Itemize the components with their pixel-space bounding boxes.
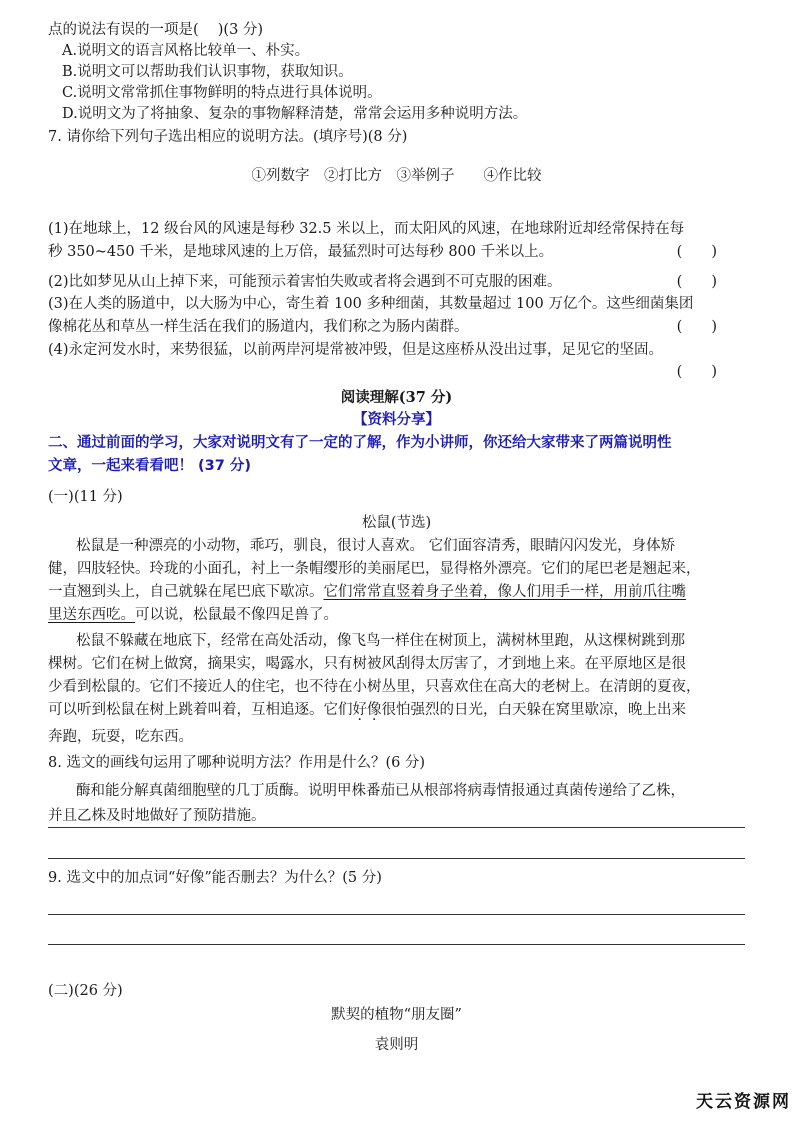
passage1-section: (一)(11 分) — [48, 487, 123, 507]
q9-answer-line-1[interactable] — [48, 914, 745, 915]
dotted-char-hao: 好 — [353, 702, 368, 718]
q8-stray-text-line1: 酶和能分解真菌细胞壁的几丁质酶。说明甲株番茄已从根部将病毒情报通过真菌传递给了乙… — [76, 781, 685, 801]
reading-intro-line2: 文章，一起来看看吧！ (37 分) — [48, 456, 251, 476]
q7-item-2-text: (2)比如梦见从山上掉下来，可能预示着害怕失败或者将会遇到不可克服的困难。 — [48, 274, 562, 290]
passage1-p2-line4-pre: 可以听到松鼠在树上跳着叫着，互相追逐。它们 — [48, 702, 353, 718]
passage1-p2-line4-post: 很怕强烈的日光，白天躲在窝里歇凉，晚上出来 — [382, 702, 687, 718]
share-tag: 【资料分享】 — [48, 410, 745, 430]
passage1-p2-line1: 松鼠不躲藏在地底下，经常在高处活动，像飞鸟一样住在树顶上，满树林里跑，从这棵树跳… — [76, 631, 685, 651]
q7-item-1-line1: (1)在地球上，12 级台风的风速是每秒 32.5 米以上，而太阳风的风速，在地… — [48, 219, 745, 239]
passage1-p2-line4: 可以听到松鼠在树上跳着叫着，互相追逐。它们好像很怕强烈的日光，白天躲在窝里歇凉，… — [48, 700, 686, 720]
q9-answer-line-2[interactable] — [48, 944, 745, 945]
q7-item-3-text: 像棉花丛和草丛一样生活在我们的肠道内，我们称之为肠内菌群。 — [48, 319, 469, 335]
passage1-p1-line4-text: 可以说，松鼠最不像四足兽了。 — [135, 607, 338, 623]
q6-option-a: A.说明文的语言风格比较单一、朴实。 — [62, 41, 309, 61]
passage1-p1-line1: 松鼠是一种漂亮的小动物，乖巧，驯良，很讨人喜欢。 它们面容清秀，眼睛闪闪发光，身… — [76, 536, 675, 556]
q7-item-3-line1: (3)在人类的肠道中，以大肠为中心，寄生着 100 多种细菌，其数量超过 100… — [48, 294, 693, 314]
q8-stem: 8. 选文的画线句运用了哪种说明方法？作用是什么？(6 分) — [48, 753, 425, 773]
passage1-p1-line4: 里送东西吃。可以说，松鼠最不像四足兽了。 — [48, 605, 338, 625]
passage1-p1-line3-text: 一直翘到头上，自己就躲在尾巴底下歇凉。 — [48, 584, 324, 600]
reading-intro-line1: 二、通过前面的学习，大家对说明文有了一定的了解，作为小讲师，你还给大家带来了两篇… — [48, 433, 672, 453]
passage1-p1-line2: 健，四肢轻快。玲珑的小面孔，衬上一条帽缨形的美丽尾巴，显得格外漂亮。它们的尾巴老… — [48, 559, 701, 579]
passage1-p1-line3: 一直翘到头上，自己就躲在尾巴底下歇凉。它们常常直竖着身子坐着，像人们用手一样，用… — [48, 582, 686, 602]
passage1-p2-line2: 棵树。它们在树上做窝，摘果实，喝露水，只有树被风刮得太厉害了，才到地上来。在平原… — [48, 654, 686, 674]
q7-item-4-answer-blank[interactable]: ( ) — [677, 362, 717, 382]
q7-item-4-line1: (4)永定河发水时，来势很猛，以前两岸河堤常被冲毁，但是这座桥从没出过事，足见它… — [48, 340, 663, 360]
q8-stray-text-line2: 并且乙株及时地做好了预防措施。 — [48, 806, 266, 826]
watermark-logo: 天云资源网 — [696, 1087, 791, 1112]
q7-choices: ①列数字 ②打比方 ③举例子 ④作比较 — [48, 166, 745, 186]
q7-stem: 7. 请你给下列句子选出相应的说明方法。(填序号)(8 分) — [48, 127, 407, 147]
q6-option-d: D.说明文为了将抽象、复杂的事物解释清楚，常常会运用多种说明方法。 — [62, 104, 527, 124]
q7-item-2-answer-blank[interactable]: ( ) — [677, 272, 717, 292]
passage1-p2-line5: 奔跑，玩耍，吃东西。 — [48, 727, 193, 747]
dotted-char-xiang: 像 — [367, 702, 382, 718]
q7-item-3-line2: 像棉花丛和草丛一样生活在我们的肠道内，我们称之为肠内菌群。 ( ) — [48, 317, 745, 337]
passage1-p2-line3: 少看到松鼠的。它们不接近人的住宅，也不待在小树丛里，只喜欢住在高大的老树上。在清… — [48, 677, 701, 697]
q8-answer-line-2[interactable] — [48, 858, 745, 859]
q6-stem: 点的说法有误的一项是( )(3 分) — [48, 20, 263, 40]
q6-option-c: C.说明文常常抓住事物鲜明的特点进行具体说明。 — [62, 83, 382, 103]
q7-item-3-answer-blank[interactable]: ( ) — [677, 317, 717, 337]
q8-answer-line-1[interactable] — [48, 827, 745, 828]
q9-stem: 9. 选文中的加点词“好像”能否删去？为什么？(5 分) — [48, 868, 382, 888]
passage1-title: 松鼠(节选) — [48, 513, 745, 533]
reading-heading: 阅读理解(37 分) — [48, 388, 745, 408]
q7-item-1-answer-blank[interactable]: ( ) — [677, 242, 717, 262]
underlined-sentence-part2: 里送东西吃。 — [48, 607, 135, 623]
underlined-sentence-part1: 它们常常直竖着身子坐着，像人们用手一样，用前爪往嘴 — [324, 584, 687, 600]
q7-item-2: (2)比如梦见从山上掉下来，可能预示着害怕失败或者将会遇到不可克服的困难。 ( … — [48, 272, 745, 292]
passage2-author: 袁则明 — [48, 1035, 745, 1055]
passage2-section: (二)(26 分) — [48, 981, 123, 1001]
passage2-title: 默契的植物“朋友圈” — [48, 1005, 745, 1025]
q7-item-1-line2: 秒 350~450 千米，是地球风速的上万倍，最猛烈时可达每秒 800 千米以上… — [48, 242, 745, 262]
q7-item-1-text: 秒 350~450 千米，是地球风速的上万倍，最猛烈时可达每秒 800 千米以上… — [48, 244, 553, 260]
q6-option-b: B.说明文可以帮助我们认识事物，获取知识。 — [62, 62, 353, 82]
